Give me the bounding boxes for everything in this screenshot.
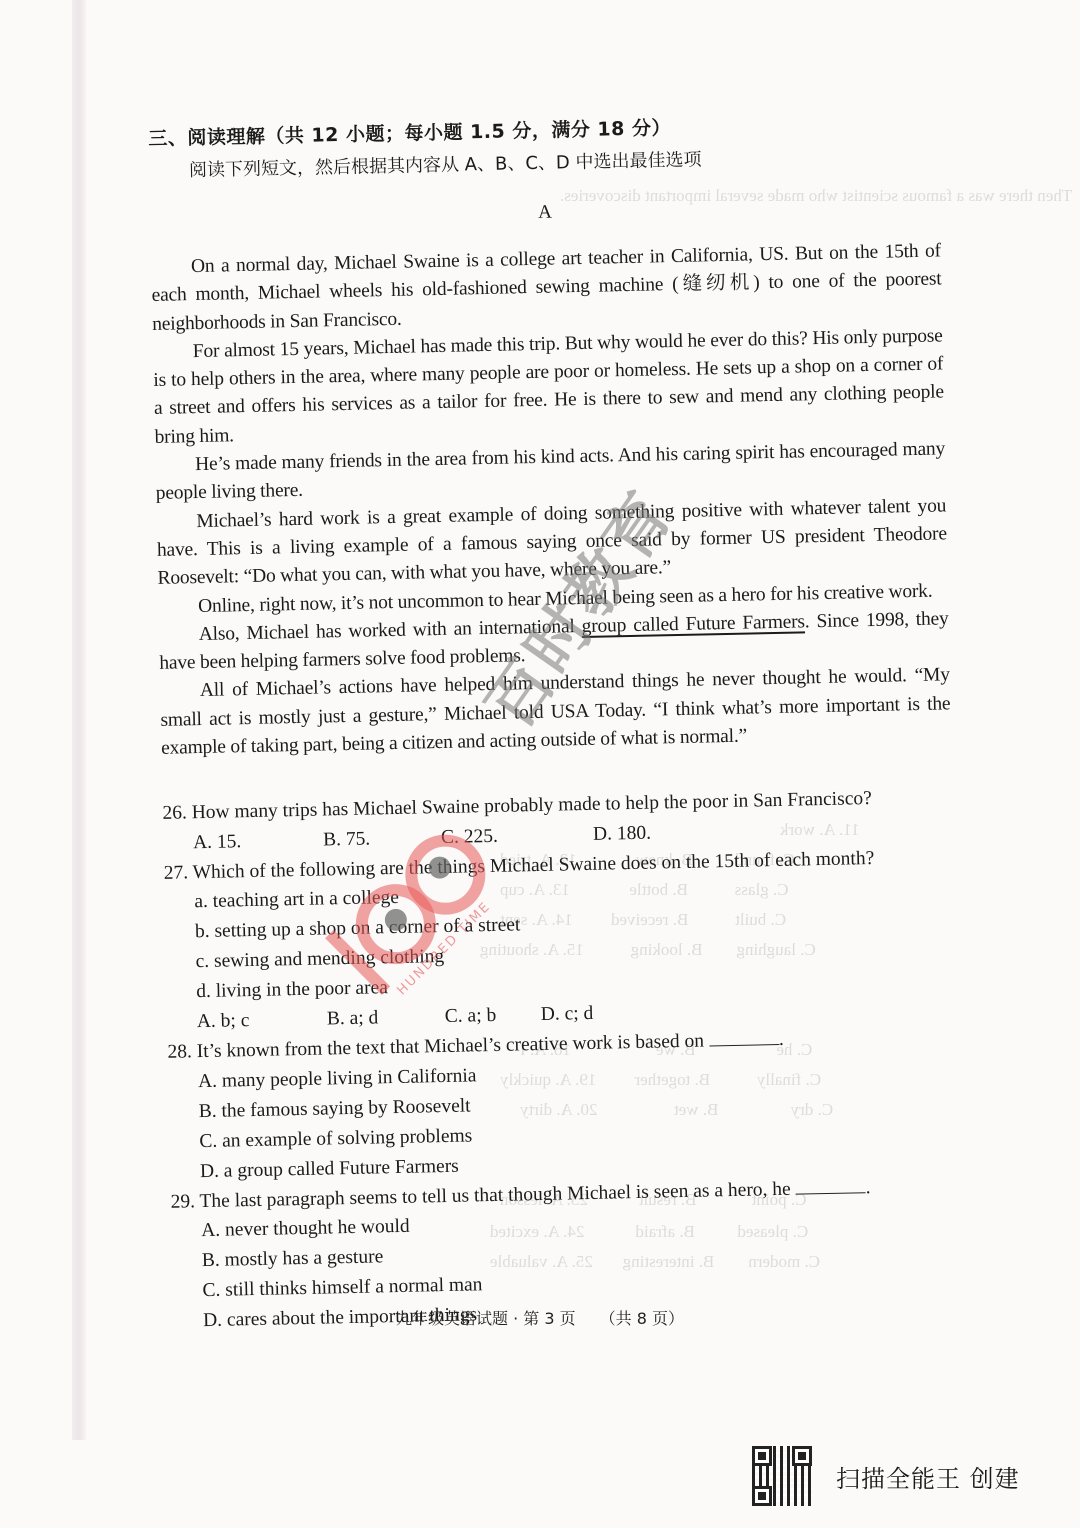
question-27: 27. Which of the following are the thing… <box>163 842 957 1038</box>
option-c[interactable]: C. a; b <box>445 1000 542 1032</box>
scan-page-edge <box>72 0 86 1440</box>
passage-label: A <box>150 190 940 235</box>
answer-blank <box>795 1174 865 1194</box>
exam-page-content: 三、阅读理解（共 12 小题；每小题 1.5 分，满分 18 分） 阅读下列短文… <box>148 105 963 1337</box>
footer-page-info: 九年级英语试题 · 第 3 页 <box>396 1309 576 1328</box>
footer-total-pages: （共 8 页） <box>600 1309 684 1328</box>
option-a[interactable]: A. 15. <box>193 825 324 858</box>
passage-paragraph: For almost 15 years, Michael has made th… <box>153 322 945 452</box>
option-b[interactable]: B. a; d <box>327 1002 446 1034</box>
question-28: 28. It’s known from the text that Michae… <box>167 1022 960 1188</box>
scanner-label: 扫描全能王 创建 <box>836 1459 1020 1494</box>
option-d[interactable]: D. 180. <box>593 818 652 849</box>
answer-blank <box>709 1026 779 1046</box>
passage-paragraph: On a normal day, Michael Swaine is a col… <box>151 237 943 338</box>
option-d[interactable]: D. c; d <box>540 999 593 1030</box>
page-footer: 九年级英语试题 · 第 3 页（共 8 页） <box>0 1306 1080 1329</box>
scanner-badge: 扫描全能王 创建 <box>752 1446 1020 1506</box>
option-a[interactable]: A. b; c <box>197 1005 328 1038</box>
qr-code-icon <box>752 1446 812 1506</box>
